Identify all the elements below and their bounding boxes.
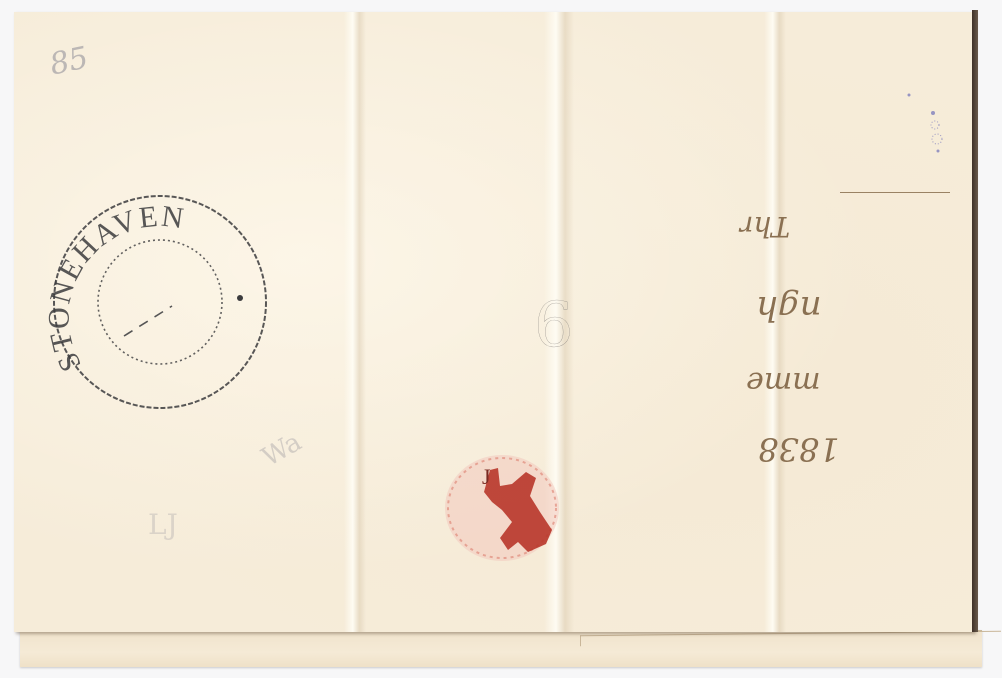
address-line: mme (746, 365, 821, 400)
fold-line (344, 12, 366, 632)
manuscript-address: 1838 mme ngh Thr (780, 180, 980, 540)
address-line: 1838 (758, 430, 839, 468)
address-line: ngh (756, 288, 822, 328)
flap-seam (580, 631, 1001, 646)
red-wax-seal: J (442, 452, 564, 564)
letter-photo: 85 Wa LJ STONEHAVEN 6 J 1838 mme ngh Th (0, 0, 1002, 678)
address-underline (840, 192, 950, 193)
address-line: Thr (740, 210, 790, 243)
lower-folded-flap (20, 630, 982, 667)
postmark-text: STONEHAVEN (43, 200, 188, 377)
blue-ink-specks (905, 75, 945, 155)
svg-text:STONEHAVEN: STONEHAVEN (43, 200, 188, 377)
pencil-notation-faint: LJ (148, 508, 178, 541)
seal-glyph: J (482, 464, 491, 489)
stonehaven-postmark: STONEHAVEN (42, 190, 274, 412)
charge-mark-numeral: 6 (534, 294, 573, 356)
